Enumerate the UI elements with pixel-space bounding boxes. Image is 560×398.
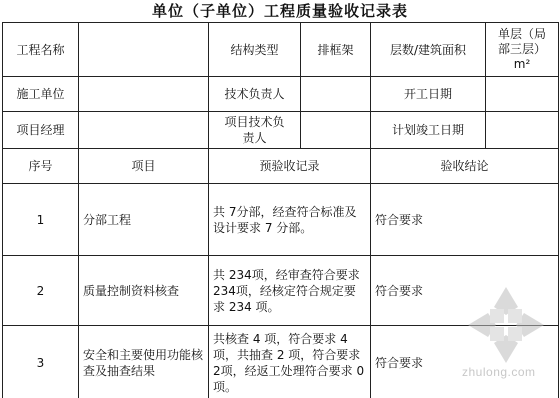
col-header-no: 序号 [3, 149, 79, 184]
header-row-contractor: 施工单位 技术负责人 开工日期 [3, 77, 559, 112]
document-title: 单位（子单位）工程质量验收记录表 [0, 0, 560, 22]
watermark-text: zhulong.com [462, 365, 536, 379]
row-no: 2 [3, 256, 79, 326]
col-header-record: 预验收记录 [209, 149, 371, 184]
contractor-value[interactable] [79, 77, 209, 112]
row-record[interactable]: 共 7分部，经查符合标准及设计要求 7 分部。 [209, 184, 371, 256]
header-row-manager: 项目经理 项目技术负责人 计划竣工日期 [3, 112, 559, 149]
row-no: 3 [3, 326, 79, 398]
tech-lead-value[interactable] [301, 77, 371, 112]
project-tech-lead-value[interactable] [301, 112, 371, 149]
structure-type-value[interactable]: 排框架 [301, 23, 371, 77]
project-name-value[interactable] [79, 23, 209, 77]
col-header-conclusion: 验收结论 [371, 149, 559, 184]
structure-type-label: 结构类型 [209, 23, 301, 77]
column-header-row: 序号 项目 预验收记录 验收结论 [3, 149, 559, 184]
row-record[interactable]: 共核查 4 项，符合要求 4项，共抽查 2 项，符合要求 2项，经返工处理符合要… [209, 326, 371, 398]
planned-completion-label: 计划竣工日期 [371, 112, 486, 149]
pm-value[interactable] [79, 112, 209, 149]
planned-completion-value[interactable] [486, 112, 559, 149]
contractor-label: 施工单位 [3, 77, 79, 112]
col-header-item: 项目 [79, 149, 209, 184]
project-tech-lead-label: 项目技术负责人 [209, 112, 301, 149]
row-record[interactable]: 共 234项，经审查符合要求 234项，经核定符合规定要求 234 项。 [209, 256, 371, 326]
start-date-value[interactable] [486, 77, 559, 112]
row-item: 质量控制资料核查 [79, 256, 209, 326]
floors-area-value[interactable]: 单层（局 部三层） m² [486, 23, 559, 77]
tech-lead-label: 技术负责人 [209, 77, 301, 112]
floors-area-line2: 部三层） [490, 42, 554, 57]
floors-area-label: 层数/建筑面积 [371, 23, 486, 77]
floors-area-line1: 单层（局 [490, 27, 554, 42]
row-no: 1 [3, 184, 79, 256]
zhulong-logo-icon [466, 285, 546, 365]
project-name-label: 工程名称 [3, 23, 79, 77]
floors-area-unit: m² [490, 57, 554, 72]
row-item: 分部工程 [79, 184, 209, 256]
header-row-project: 工程名称 结构类型 排框架 层数/建筑面积 单层（局 部三层） m² [3, 23, 559, 77]
start-date-label: 开工日期 [371, 77, 486, 112]
pm-label: 项目经理 [3, 112, 79, 149]
row-item: 安全和主要使用功能核查及抽查结果 [79, 326, 209, 398]
row-conclusion[interactable]: 符合要求 [371, 184, 559, 256]
table-row: 1 分部工程 共 7分部，经查符合标准及设计要求 7 分部。 符合要求 [3, 184, 559, 256]
